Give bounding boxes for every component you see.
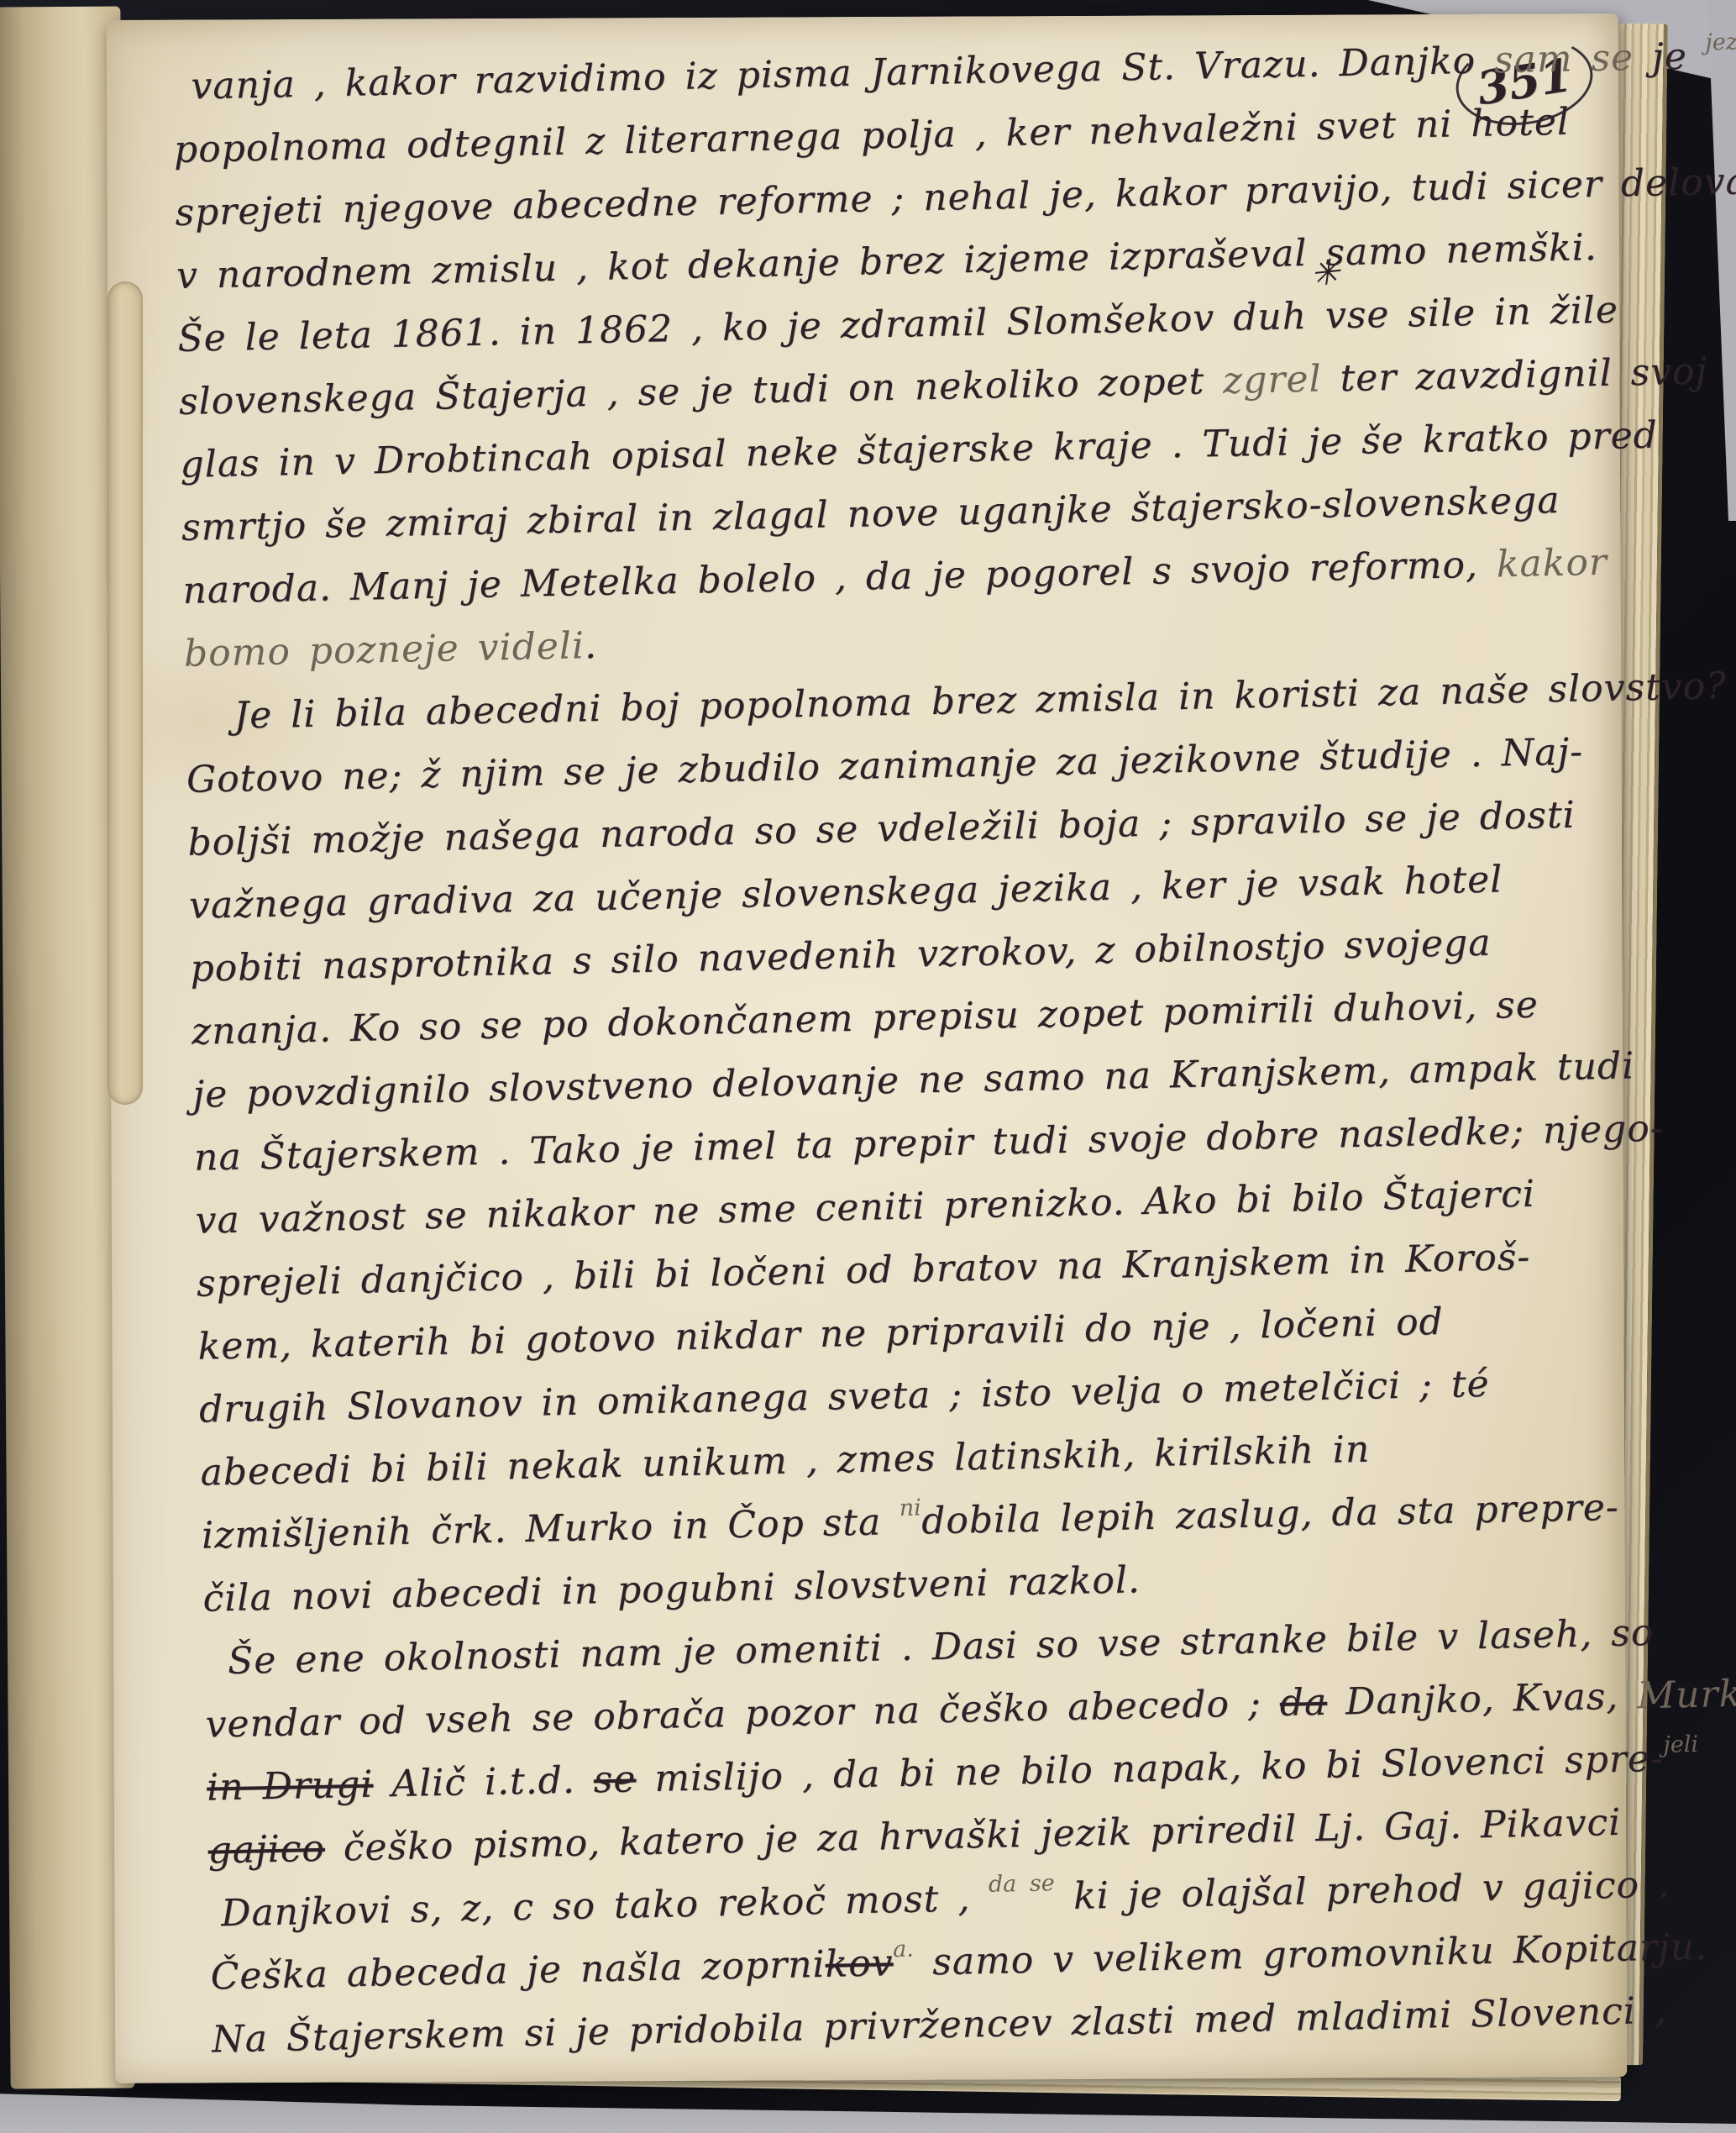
text-segment: gajico [207, 1827, 325, 1873]
manuscript-text: vanja , kakor razvidimo iz pisma Jarniko… [172, 36, 1691, 2082]
text-segment: Murko [1637, 1672, 1736, 1717]
text-segment: kakor [1496, 541, 1608, 586]
text-segment: sam se [1494, 36, 1634, 81]
text-segment: bomo pozneje videli [184, 624, 585, 675]
text-segment: da se [989, 1870, 1055, 1898]
text-segment: Alič i.t.d. [373, 1758, 594, 1805]
text-segment: a. [893, 1936, 914, 1962]
text-segment: Danjko, Kvas, [1327, 1674, 1638, 1723]
text-segment: se [593, 1757, 637, 1801]
text-segment: je [1634, 34, 1707, 79]
text-segment: zgrel [1223, 358, 1322, 402]
text-segment: ni [899, 1495, 922, 1521]
text-segment: . [584, 624, 597, 667]
text-segment: in Drugi [207, 1763, 374, 1810]
text-segment: kov [825, 1941, 894, 1986]
text-segment: jeli [1663, 1731, 1698, 1758]
photo-of-manuscript: 351 ✳ vanja , kakor razvidimo iz pisma J… [0, 0, 1736, 2133]
text-segment: ter zavzdignil svoj [1321, 349, 1708, 400]
text-segment: da [1279, 1681, 1327, 1725]
binding-seam [108, 281, 143, 1105]
text-segment: jezen [1705, 29, 1736, 55]
